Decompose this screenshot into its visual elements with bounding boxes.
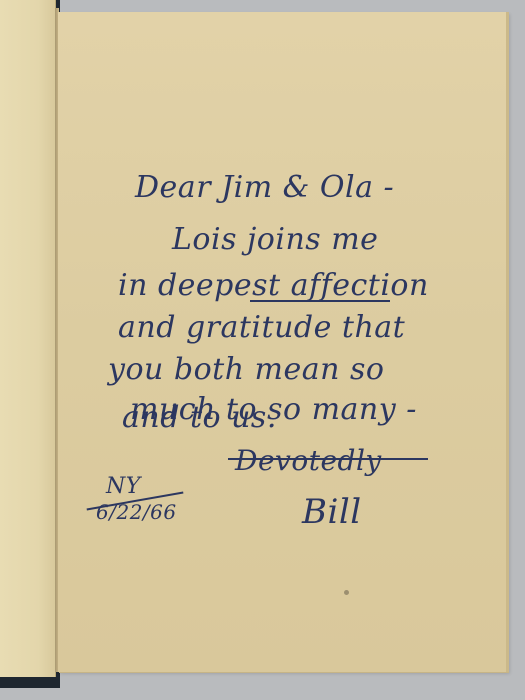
place-annotation: NY <box>106 474 141 499</box>
inscription-line: in deepest affection <box>118 268 429 303</box>
page-edge <box>506 12 509 672</box>
inscription-line: you both mean so <box>108 352 384 387</box>
inscription-line: Lois joins me <box>172 222 378 257</box>
inscription-line: and gratitude that <box>118 310 405 345</box>
inscription-closing: Devotedly <box>235 444 382 477</box>
inscription-line: and to us. <box>122 400 277 435</box>
underline-stroke <box>250 300 390 302</box>
left-flyleaf <box>0 0 56 677</box>
inscription-salutation: Dear Jim & Ola - <box>135 170 394 205</box>
signature: Bill <box>302 492 362 532</box>
date-annotation: 6/22/66 <box>96 500 177 524</box>
paper-spot <box>344 590 349 595</box>
